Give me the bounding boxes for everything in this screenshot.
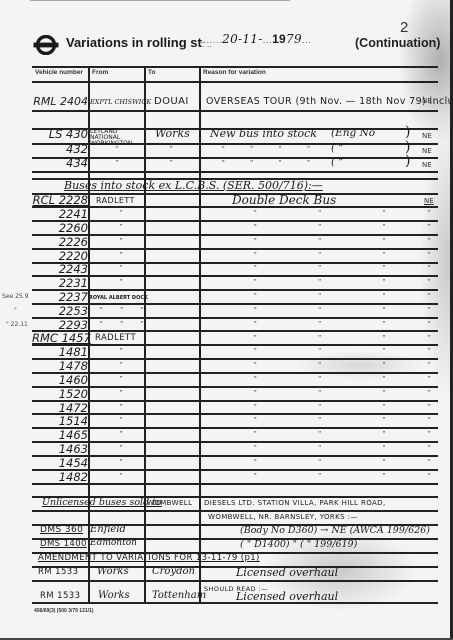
from-location: RADLETT [95,333,136,343]
document-page: 2 Variations in rolling st: .. .......20… [0,0,453,640]
vehicle-number: 2231 [32,276,88,290]
from-location: Edmonton [90,538,137,548]
ditto-mark: " [428,210,431,217]
row-rule [32,262,438,264]
section-heading: Unlicensed buses sold to [42,497,162,508]
reason-text: Licensed overhaul [236,566,338,579]
vehicle-number: RML 2404 [32,95,88,108]
col-header-vehicle: Vehicle number [35,69,83,76]
vehicle-number: 1463 [32,442,88,456]
ditto-mark: " [428,473,431,480]
engine-number: ( " [331,156,343,168]
ditto-mark: " [428,293,431,300]
engine-number: ( " [331,142,343,154]
ditto-mark: " [428,335,431,342]
vehicle-number: 2220 [32,249,88,263]
top-edge-rule [30,0,290,1]
vehicle-number: 2226 [32,235,88,249]
ditto-mark: " [428,307,431,314]
ditto-mark: " " " [254,210,415,217]
code-ne: NE [422,132,432,140]
ditto-mark: " [170,146,173,153]
ditto-mark: " [428,404,431,411]
ditto-mark: " [428,348,431,355]
vehicle-number: 2253 [32,304,88,318]
reason-text: New bus into stock [210,127,317,140]
to-location: Works [155,127,190,140]
title-text: Variations in rolling st [66,35,202,50]
ditto-mark: " [120,404,123,411]
ditto-mark: " [120,238,123,245]
vehicle-number: RM 1533 [38,567,78,577]
section-heading: Buses into stock ex L.C.B.S. (SER. 500/7… [64,179,323,192]
ditto-mark: " [428,252,431,259]
ditto-mark: " [170,160,173,167]
from-location: EXPTL CHISWICK [90,98,151,106]
continuation-label: (Continuation) [355,36,440,50]
vehicle-number: 1478 [32,359,88,373]
row-rule [32,602,438,604]
ditto-mark: " [428,376,431,383]
col-header-reason: Reason for variation [203,69,266,76]
vehicle-number: 2293 [32,318,88,332]
row-rule [32,372,438,374]
vehicle-number: 2237 [32,290,88,304]
ditto-mark: " [120,459,123,466]
row-rule [32,483,438,485]
ditto-mark: " [120,265,123,272]
ditto-mark: " " " [254,252,415,259]
row-rule [32,234,438,236]
row-rule [32,580,438,582]
vehicle-number: DMS 360 [40,525,83,535]
ditto-mark: " " " [254,390,415,397]
ditto-mark: " " " [254,279,415,286]
ditto-mark: " [428,459,431,466]
vehicle-number: RMC 1457 [32,331,88,345]
ditto-mark: " [116,160,119,167]
page-title: Variations in rolling st: .. [66,35,212,50]
row-rule [32,386,438,388]
ditto-mark: " [428,431,431,438]
ditto-mark: " " " [100,307,151,314]
vehicle-number: RM 1533 [40,591,80,601]
from-location: Enfield [90,524,126,535]
row-rule [32,566,438,568]
from-location: RADLETT [96,196,135,205]
ditto-mark: " [120,252,123,259]
ditto-mark: " [120,376,123,383]
ditto-mark: " [428,238,431,245]
row-rule [32,289,438,291]
ditto-mark: " [428,279,431,286]
row-rule [32,469,438,471]
reason-text: ( " D1400) " ( " 199/619) [240,539,357,550]
code-ne: NE [422,97,432,105]
ditto-mark: " [120,279,123,286]
row-rule [32,157,438,159]
row-rule [32,220,438,222]
date-field: .......20-11-...1979... [200,32,311,46]
ditto-mark: " [120,431,123,438]
ditto-mark: " [120,473,123,480]
col-divider-to [199,66,201,602]
row-rule [32,330,438,332]
to-location: Tottenham [152,590,206,601]
row-rule [32,344,438,346]
row-rule [32,303,438,305]
ditto-mark: " " " [254,445,415,452]
ditto-mark: " [428,417,431,424]
vehicle-number: 1482 [32,470,88,484]
code-ne: NE [424,197,434,205]
ditto-mark: " " " [100,321,151,328]
ditto-mark: " " " " [222,146,322,153]
date-year-prefix: 19 [272,32,286,46]
engine-number: (Eng No [331,127,375,139]
ditto-mark: " " " [254,335,415,342]
reason-text: DIESELS LTD. STATION VILLA, PARK HILL RO… [204,499,386,507]
vehicle-number: 2241 [32,207,88,221]
row-rule [32,510,438,512]
to-location: DOUAI [154,96,189,107]
ditto-mark: " [120,362,123,369]
header-top-rule [32,66,438,68]
ditto-mark: " [120,445,123,452]
ditto-mark: " " " [254,362,415,369]
row-rule [32,413,438,415]
ditto-mark: " " " [254,224,415,231]
from-location: Works [98,590,130,601]
vehicle-number: RCL 2228 [32,193,88,207]
amendment-heading: AMENDMENT TO VARIATIONS FOR 13-11-79 (p1… [38,553,260,563]
london-transport-roundel-icon [33,35,59,55]
code-ne: NE [422,147,432,155]
vehicle-number: 1481 [32,345,88,359]
col-header-from: From [92,69,108,76]
bracket-close: ) [405,153,410,169]
date-day-month: 20-11- [222,32,262,46]
reason-text: WOMBWELL, NR. BARNSLEY, YORKS :— [208,513,358,521]
ditto-mark: " " " [254,265,415,272]
ditto-mark: " [120,348,123,355]
ditto-mark: " [120,210,123,217]
row-rule [32,427,438,429]
row-rule [32,171,438,173]
row-rule [32,441,438,443]
ditto-mark: " [428,224,431,231]
ditto-mark: " " " [254,307,415,314]
ditto-mark: " [120,390,123,397]
vehicle-number: 1520 [32,387,88,401]
vehicle-number: 2260 [32,221,88,235]
from-location: LEYLAND NATIONAL WORKINGTON [90,129,144,147]
to-location: Croydon [152,566,195,577]
header-bottom-rule [32,81,438,83]
row-rule [32,400,438,402]
vehicle-number: 1514 [32,414,88,428]
ditto-mark: " [428,321,431,328]
ditto-mark: " " " [254,238,415,245]
date-year-suffix: 79 [286,32,302,46]
from-location: Works [97,566,129,577]
row-rule [32,317,438,319]
vehicle-number: DMS 1400 [40,539,87,549]
ditto-mark: " [116,146,119,153]
ditto-mark: " " " [254,293,415,300]
ditto-mark: " [428,265,431,272]
vehicle-number: 2243 [32,262,88,276]
vehicle-number: 432 [32,142,88,156]
ditto-mark: " [428,390,431,397]
row-rule [32,248,438,250]
vehicle-number: 434 [32,156,88,170]
vehicle-number: 1472 [32,401,88,415]
ditto-mark: " " " [254,473,415,480]
reason-text: OVERSEAS TOUR (9th Nov. — 18th Nov 79) i… [206,96,453,107]
margin-note: " [14,307,17,314]
bracket-close: ) [405,124,410,140]
reason-text: (Body No D360) → NE (AWCA 199/626) [240,525,430,536]
row-rule [32,110,438,112]
from-location: ROYAL ALBERT DOCK [89,295,148,301]
ditto-mark: " " " [254,459,415,466]
row-rule [32,275,438,277]
vehicle-number: 1465 [32,428,88,442]
reason-text: Licensed overhaul [236,590,338,603]
row-rule [32,455,438,457]
ditto-mark: " [120,224,123,231]
ditto-mark: " " " [254,376,415,383]
ditto-mark: " " " [254,431,415,438]
reason-text: Double Deck Bus [232,193,336,207]
code-ne: NE [422,161,432,169]
ditto-mark: " " " [254,321,415,328]
row-rule [32,358,438,360]
ditto-mark: " " " [254,404,415,411]
ditto-mark: " [428,445,431,452]
form-code: 408/69(3) (500 3/79 121/1) [34,608,94,614]
page-number: 2 [400,19,408,36]
ditto-mark: " [428,362,431,369]
margin-note: " 22.11 [6,321,28,328]
to-location: WOMBWELL [147,499,192,507]
ditto-mark: " " " " [222,160,322,167]
margin-note: See 25.9 [2,293,28,300]
vehicle-number: 1460 [32,373,88,387]
col-divider-from [144,66,146,602]
vehicle-number: LS 430 [32,127,88,141]
ditto-mark: " " " [254,348,415,355]
vehicle-number: 1454 [32,456,88,470]
ditto-mark: " [120,417,123,424]
ditto-mark: " " " [254,417,415,424]
col-header-to: To [148,69,155,76]
